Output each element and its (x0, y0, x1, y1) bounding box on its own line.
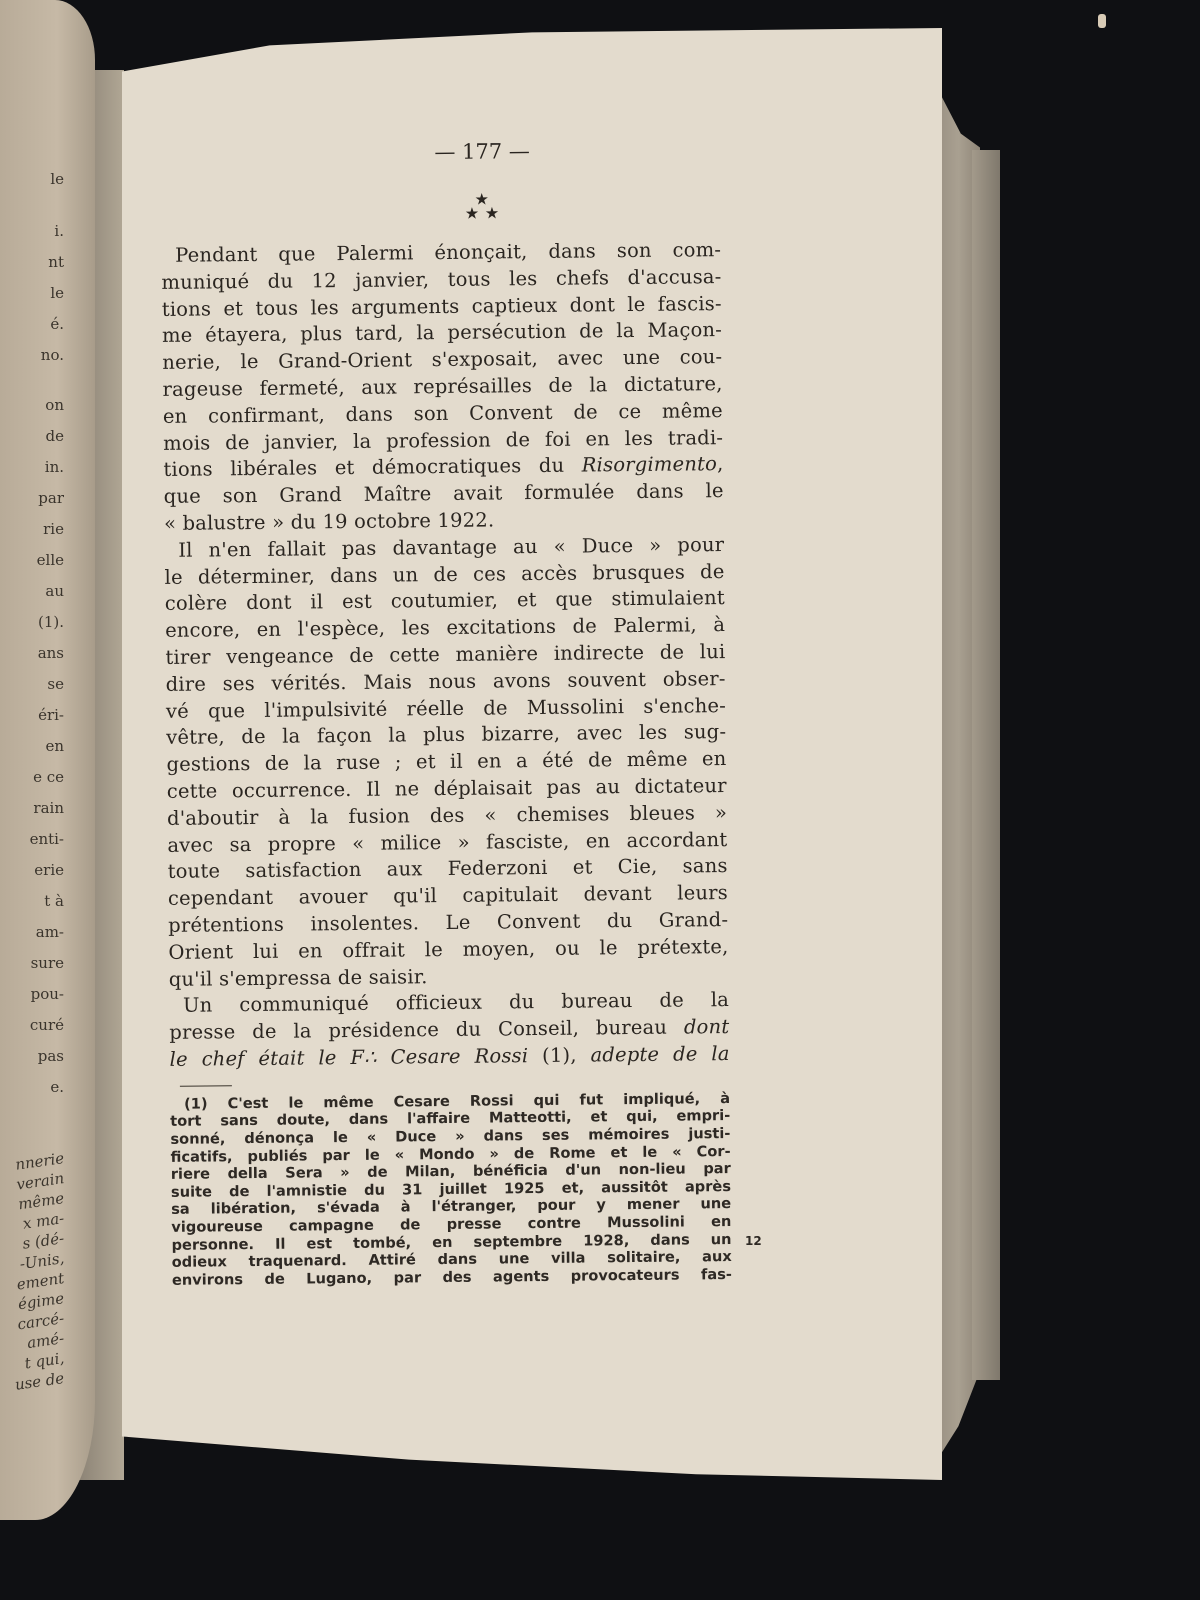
left-page-fragment: le (0, 170, 64, 188)
left-page-fragment: nt (0, 253, 64, 271)
left-page-fragment: elle (0, 551, 64, 569)
left-page-fragment: de (0, 427, 64, 445)
left-page-fragment: erie (0, 861, 64, 879)
left-page-fragment: curé (0, 1016, 64, 1034)
left-page-fragment: t à (0, 892, 64, 910)
left-page-fragment: éri- (0, 706, 64, 724)
left-page-fragment: i. (0, 222, 64, 240)
left-page-fragment: in. (0, 458, 64, 476)
star-icon: ★ (485, 205, 500, 221)
left-page-fragment: le (0, 284, 64, 302)
left-page-fragment: par (0, 489, 64, 507)
left-page-fragment: au (0, 582, 64, 600)
page-number: — 177 — (382, 139, 582, 165)
left-page-fragment: on (0, 396, 64, 414)
left-page-fragment: am- (0, 923, 64, 941)
left-page-fragment: sure (0, 954, 64, 972)
left-page-fragment: e. (0, 1078, 64, 1096)
left-page-fragment: se (0, 675, 64, 693)
asterism-icon: ★ ★ ★ (383, 191, 583, 233)
left-page-fragment: en (0, 737, 64, 755)
left-page-fragment: e ce (0, 768, 64, 786)
left-page-fragment: no. (0, 346, 64, 364)
left-page-fragment: é. (0, 315, 64, 333)
left-page-fragment: enti- (0, 830, 64, 848)
left-page: lei.ntleé.no.ondein.parrieelleau(1).anss… (0, 0, 95, 1520)
left-page-fragment: ans (0, 644, 64, 662)
left-page-fragment: rain (0, 799, 64, 817)
left-page-fragment: (1). (0, 613, 64, 631)
left-page-fragment: rie (0, 520, 64, 538)
signature-mark: 12 (745, 1234, 762, 1248)
left-page-fragment: pou- (0, 985, 64, 1003)
page-stack-edge-outer (972, 150, 1000, 1380)
left-page-fragment: pas (0, 1047, 64, 1065)
dust-speck (1098, 14, 1106, 28)
star-icon: ★ (465, 206, 480, 222)
